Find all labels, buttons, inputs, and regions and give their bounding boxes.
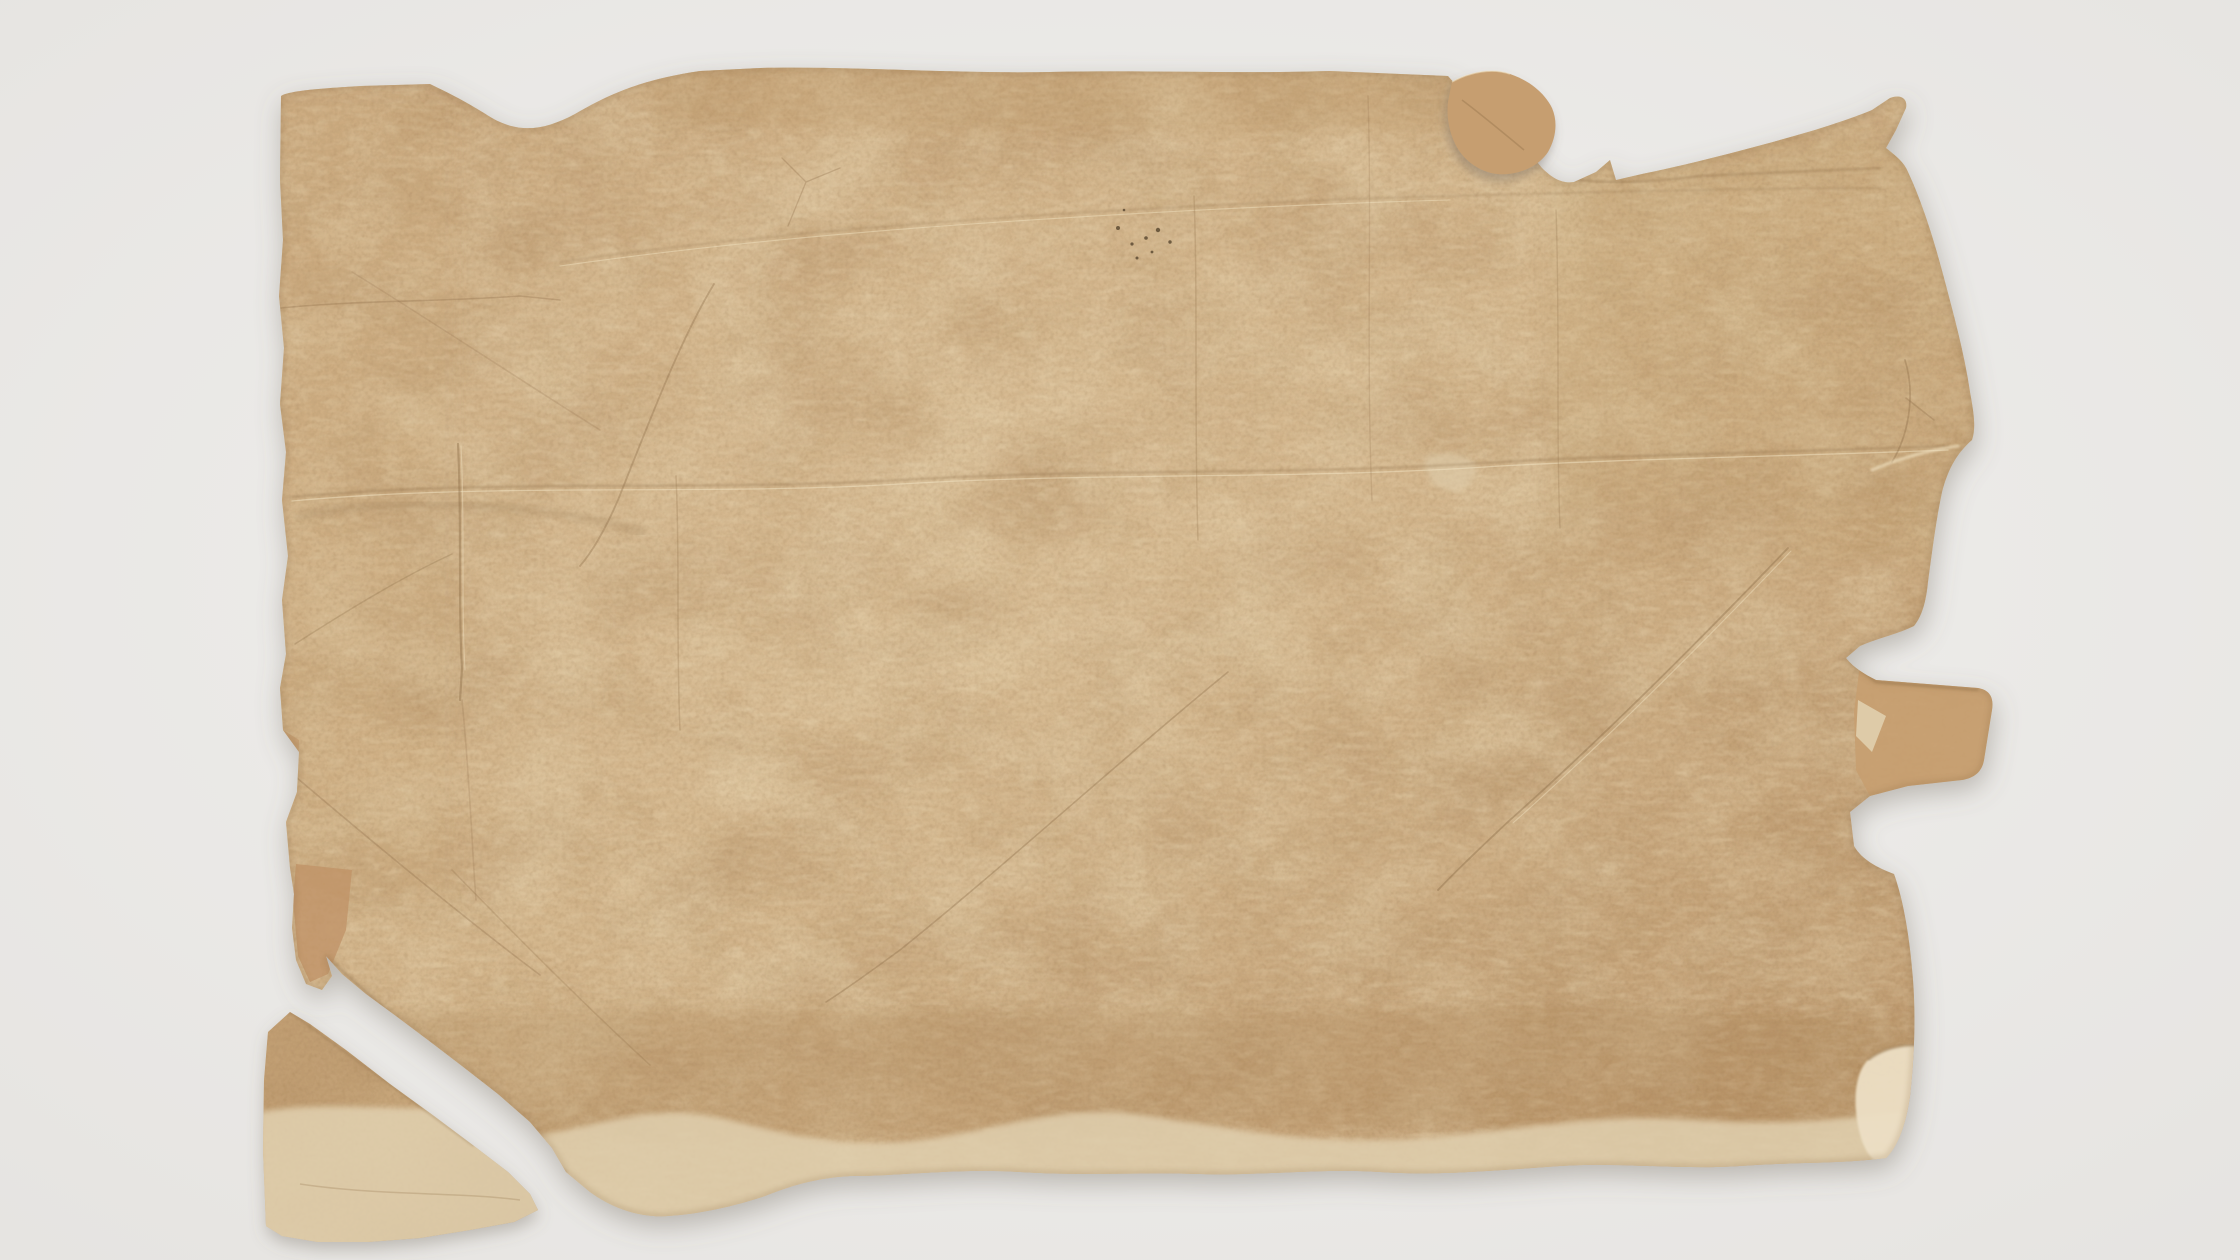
photo (0, 0, 2240, 1260)
photo-canvas (0, 0, 2240, 1260)
paper-texture (260, 56, 2010, 1236)
kraft-paper-sheet (260, 56, 2010, 1236)
